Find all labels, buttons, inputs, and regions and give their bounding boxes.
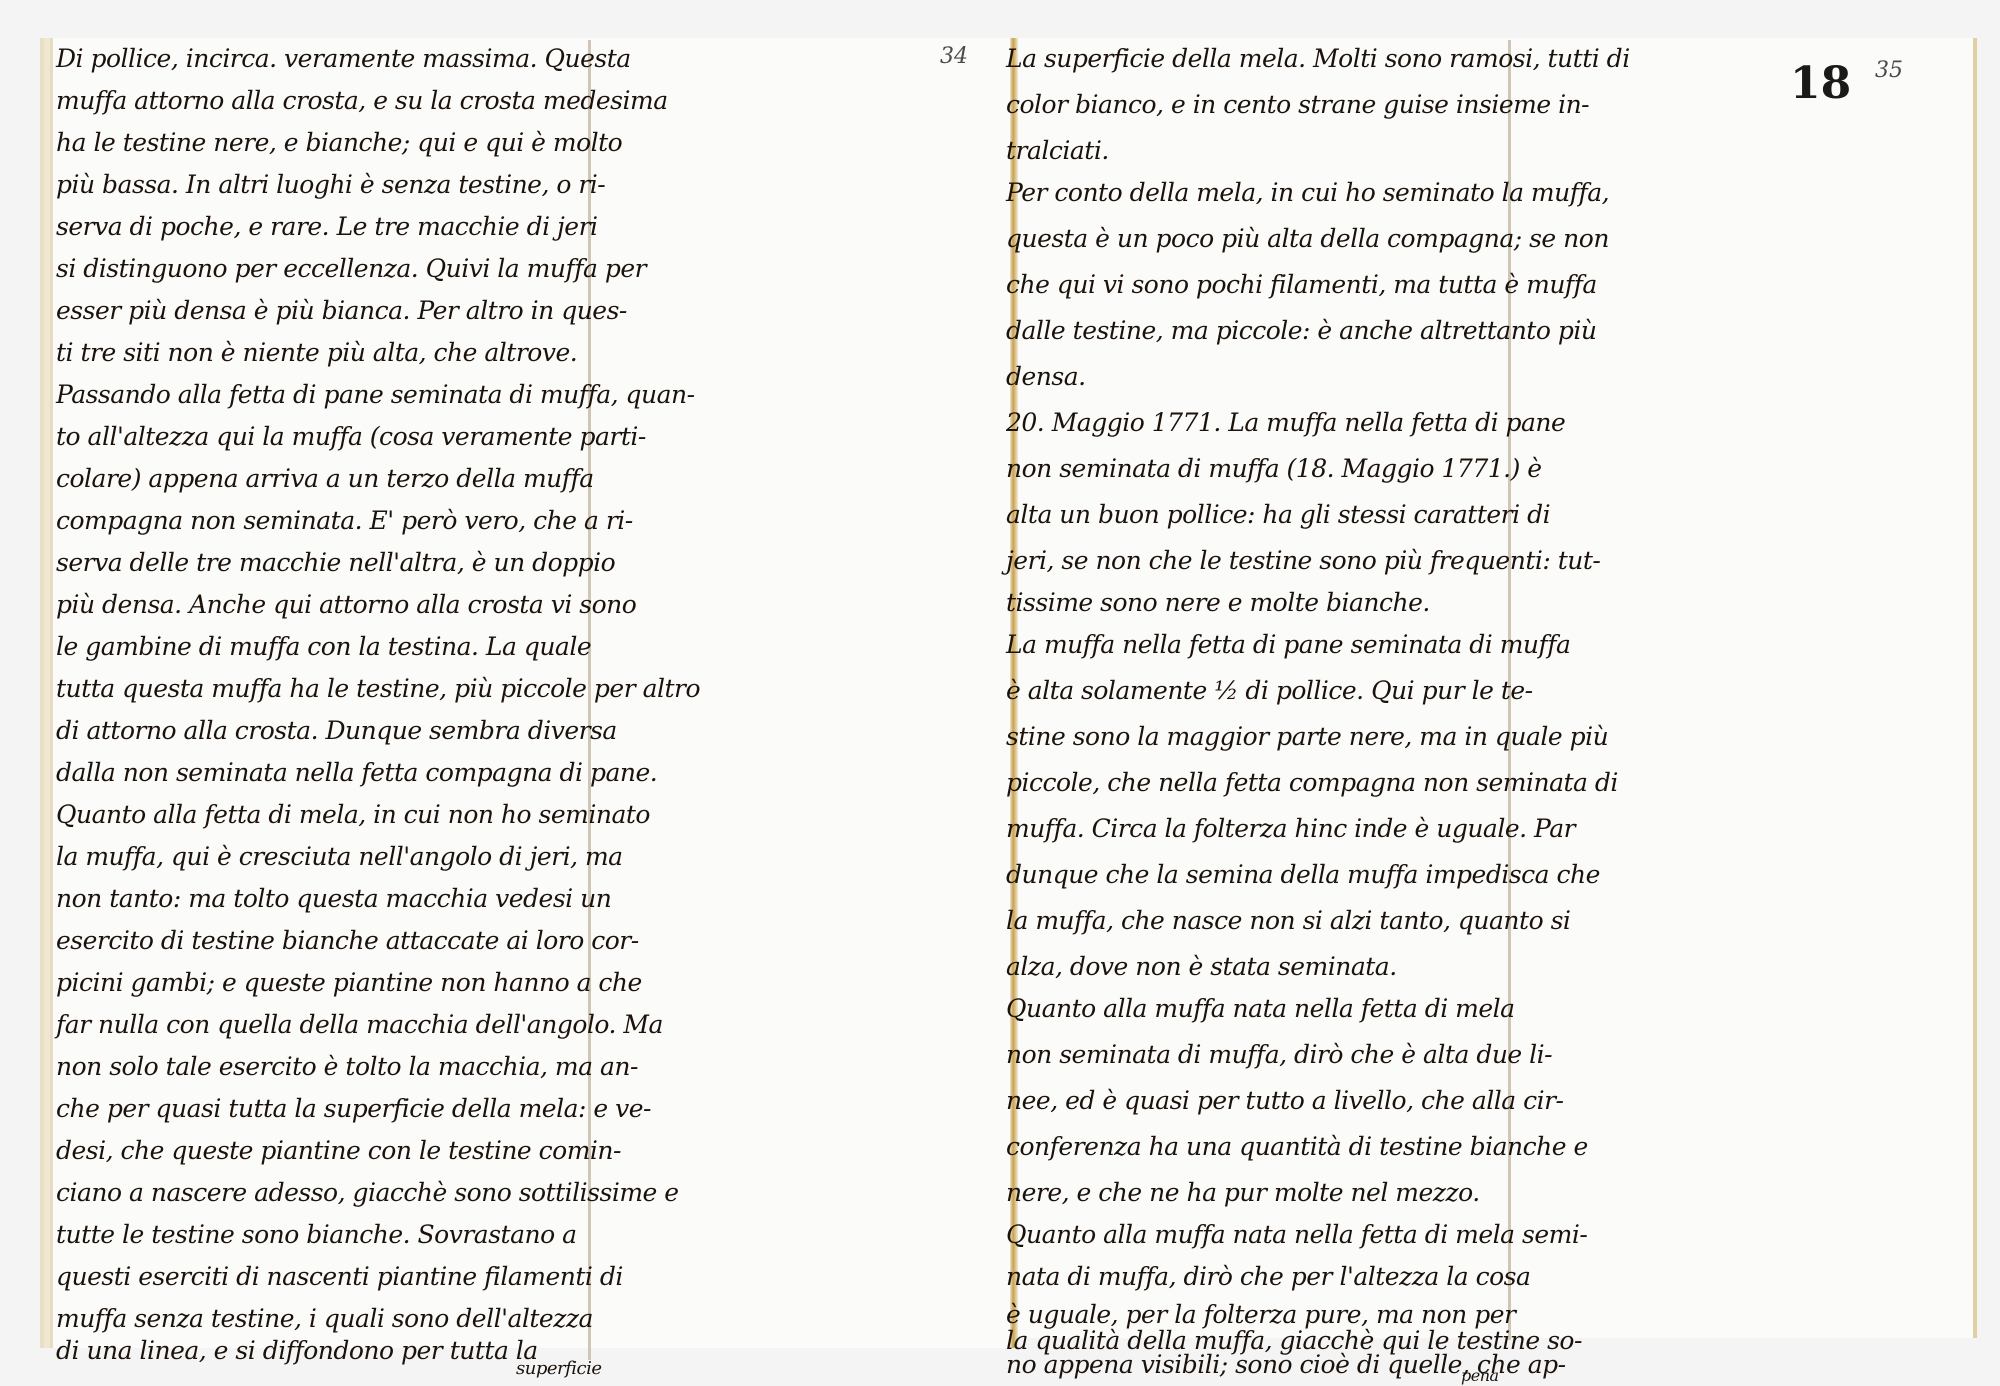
text-line: piccole, che nella fetta compagna non se… [1006, 768, 1618, 797]
text-line: jeri, se non che le testine sono più fre… [1006, 546, 1600, 575]
text-line: tutta questa muffa ha le testine, più pi… [56, 674, 700, 703]
text-line: la muffa, qui è cresciuta nell'angolo di… [56, 842, 623, 871]
text-line: La superficie della mela. Molti sono ram… [1006, 44, 1630, 73]
text-line: Per conto della mela, in cui ho seminato… [1006, 178, 1609, 207]
text-line: muffa. Circa la folterza hinc inde è ugu… [1006, 814, 1575, 843]
text-line: alza, dove non è stata seminata. [1006, 952, 1397, 981]
text-line: non solo tale esercito è tolto la macchi… [56, 1052, 638, 1081]
text-line: stine sono la maggior parte nere, ma in … [1006, 722, 1608, 751]
text-line: tutte le testine sono bianche. Sovrastan… [56, 1220, 577, 1249]
text-line: Quanto alla muffa nata nella fetta di me… [1006, 1220, 1587, 1249]
text-line: densa. [1006, 362, 1086, 391]
text-line: alta un buon pollice: ha gli stessi cara… [1006, 500, 1550, 529]
text-line: si distinguono per eccellenza. Quivi la … [56, 254, 646, 283]
text-line: colare) appena arriva a un terzo della m… [56, 464, 594, 493]
text-line: pena [1461, 1366, 1499, 1385]
text-line: esser più densa è più bianca. Per altro … [56, 296, 627, 325]
text-line: ha le testine nere, e bianche; qui e qui… [56, 128, 622, 157]
text-line: nere, e che ne ha pur molte nel mezzo. [1006, 1178, 1480, 1207]
text-line: tissime sono nere e molte bianche. [1006, 588, 1430, 617]
text-line: Quanto alla muffa nata nella fetta di me… [1006, 994, 1515, 1023]
text-line: ciano a nascere adesso, giacchè sono sot… [56, 1178, 679, 1207]
text-line: Di pollice, incirca. veramente massima. … [56, 44, 631, 73]
text-line: serva delle tre macchie nell'altra, è un… [56, 548, 615, 577]
text-line: muffa senza testine, i quali sono dell'a… [56, 1304, 593, 1333]
text-line: to all'altezza qui la muffa (cosa verame… [56, 422, 646, 451]
text-line: di una linea, e si diffondono per tutta … [56, 1336, 538, 1365]
text-line: Passando alla fetta di pane seminata di … [56, 380, 695, 409]
text-line: le gambine di muffa con la testina. La q… [56, 632, 591, 661]
text-line: conferenza ha una quantità di testine bi… [1006, 1132, 1588, 1161]
text-line: dunque che la semina della muffa impedis… [1006, 860, 1600, 889]
text-line: la muffa, che nasce non si alzi tanto, q… [1006, 906, 1570, 935]
text-line: questa è un poco più alta della compagna… [1006, 224, 1609, 253]
text-line: color bianco, e in cento strane guise in… [1006, 90, 1589, 119]
text-line: che qui vi sono pochi filamenti, ma tutt… [1006, 270, 1597, 299]
text-line: serva di poche, e rare. Le tre macchie d… [56, 212, 598, 241]
text-line: compagna non seminata. E' però vero, che… [56, 506, 633, 535]
text-line: più bassa. In altri luoghi è senza testi… [56, 170, 605, 199]
text-line: superficie [516, 1358, 602, 1379]
text-line: nata di muffa, dirò che per l'altezza la… [1006, 1262, 1530, 1291]
text-line: più densa. Anche qui attorno alla crosta… [56, 590, 636, 619]
left-folio-number: 34 [940, 44, 968, 69]
text-line: picini gambi; e queste piantine non hann… [56, 968, 642, 997]
text-line: è alta solamente ½ di pollice. Qui pur l… [1006, 676, 1533, 705]
text-line: 20. Maggio 1771. La muffa nella fetta di… [1006, 408, 1565, 437]
text-line: questi eserciti di nascenti piantine fil… [56, 1262, 623, 1291]
text-line: La muffa nella fetta di pane seminata di… [1006, 630, 1570, 659]
text-line: nee, ed è quasi per tutto a livello, che… [1006, 1086, 1563, 1115]
text-line: non tanto: ma tolto questa macchia vedes… [56, 884, 611, 913]
right-folio-number: 35 [1875, 58, 1903, 83]
text-line: muffa attorno alla crosta, e su la crost… [56, 86, 668, 115]
text-line: far nulla con quella della macchia dell'… [56, 1010, 663, 1039]
text-line: Quanto alla fetta di mela, in cui non ho… [56, 800, 650, 829]
text-line: che per quasi tutta la superficie della … [56, 1094, 651, 1123]
text-line: esercito di testine bianche attaccate ai… [56, 926, 639, 955]
text-line: tralciati. [1006, 136, 1109, 165]
text-line: non seminata di muffa (18. Maggio 1771.)… [1006, 454, 1542, 483]
text-line: desi, che queste piantine con le testine… [56, 1136, 621, 1165]
text-line: dalla non seminata nella fetta compagna … [56, 758, 657, 787]
stamped-page-number: 18 [1790, 58, 1851, 109]
text-line: dalle testine, ma piccole: è anche altre… [1006, 316, 1596, 345]
text-line: è uguale, per la folterza pure, ma non p… [1006, 1300, 1515, 1329]
text-line: ti tre siti non è niente più alta, che a… [56, 338, 577, 367]
text-line: non seminata di muffa, dirò che è alta d… [1006, 1040, 1552, 1069]
text-line: di attorno alla crosta. Dunque sembra di… [56, 716, 617, 745]
